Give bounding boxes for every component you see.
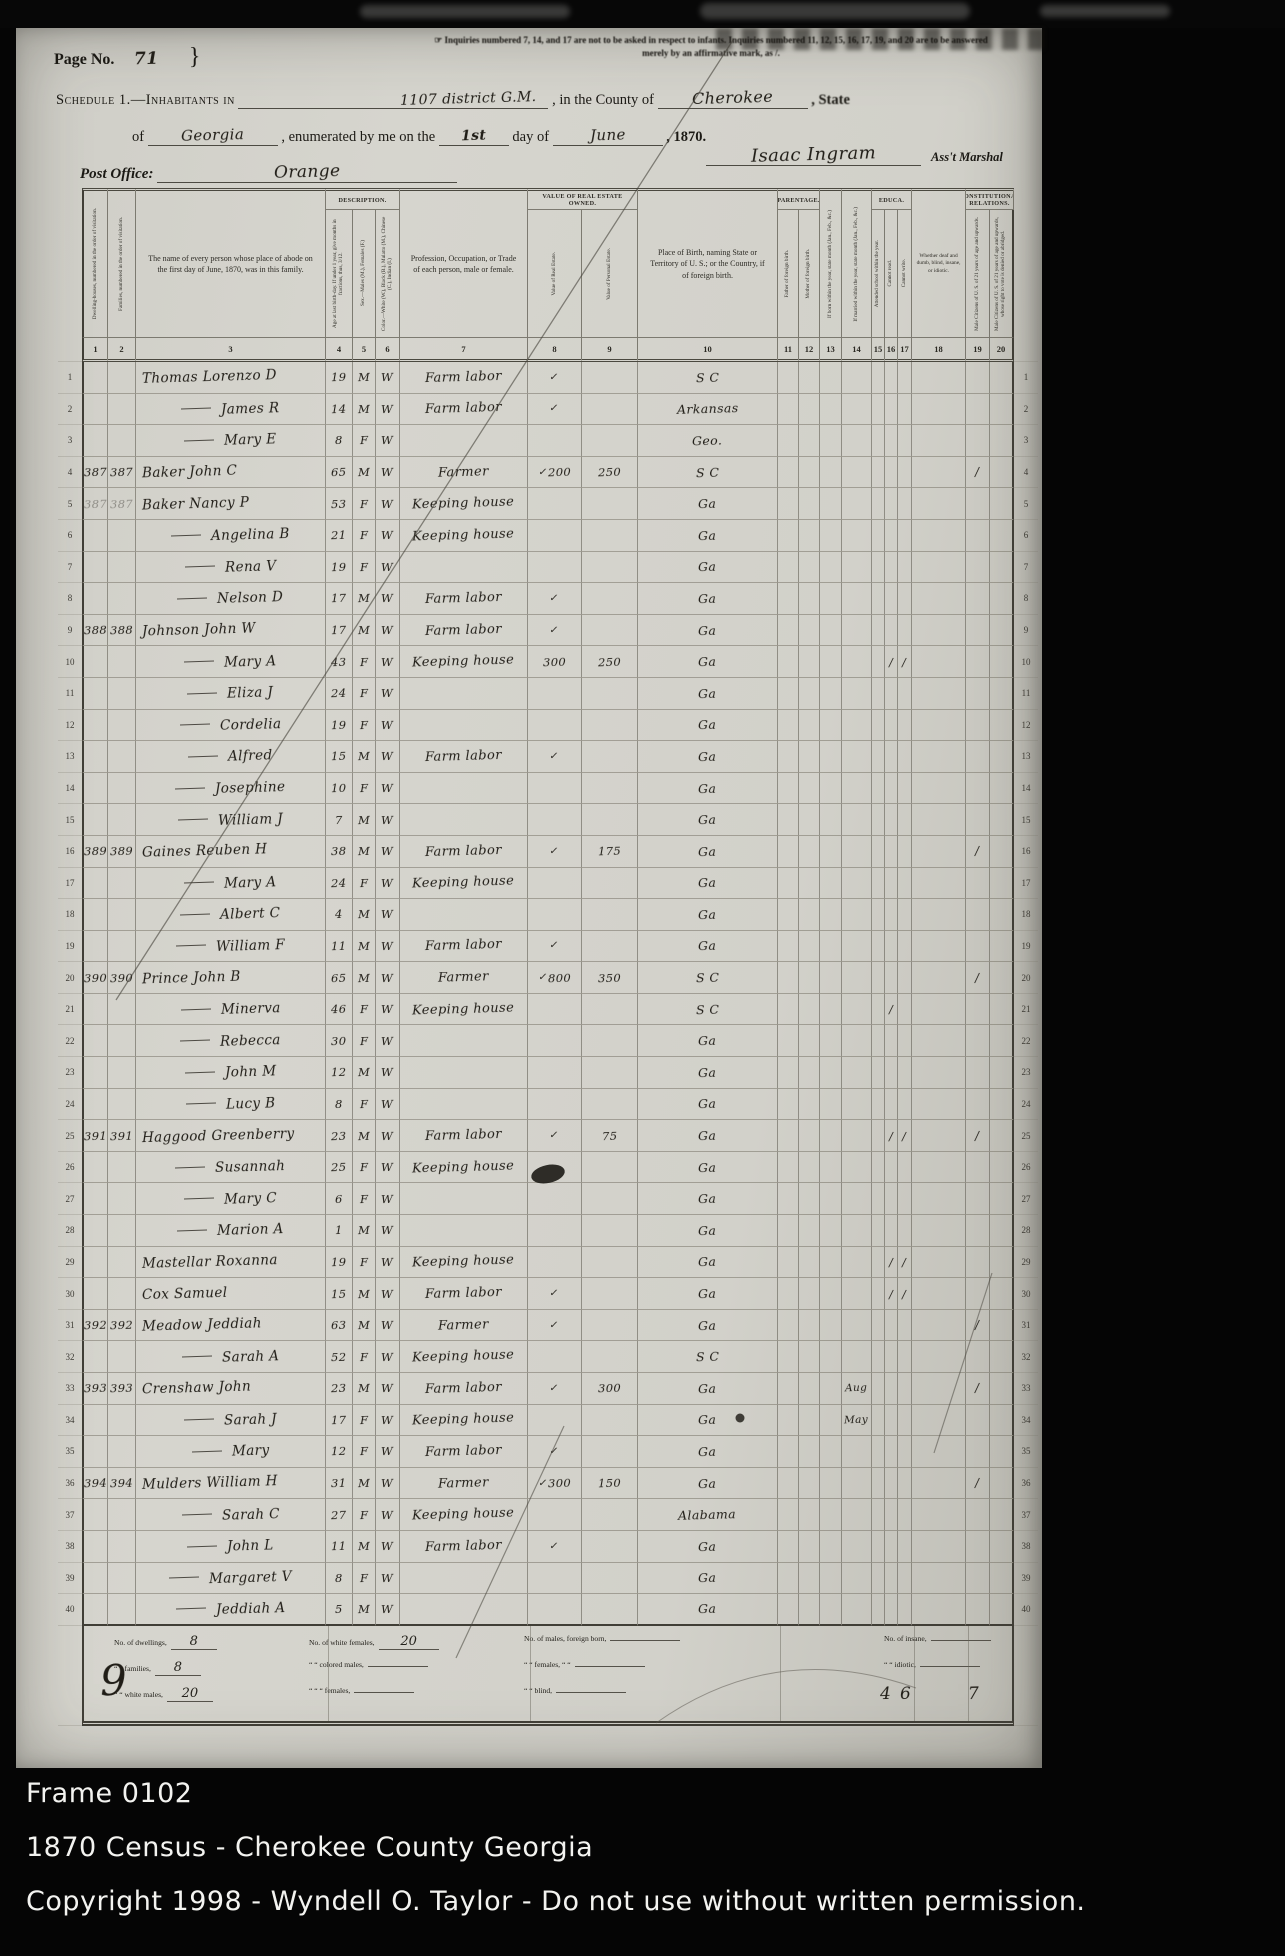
cell-male-citizen — [966, 1152, 990, 1184]
row-number-right: 22 — [1014, 1025, 1038, 1057]
row-number-left: 37 — [58, 1499, 82, 1531]
cell-cannot-read — [885, 899, 898, 931]
cell-father-foreign — [778, 931, 799, 963]
cell-name: Cordelia — [136, 710, 326, 742]
cell-vote-denied — [990, 1373, 1014, 1405]
cell-born-month — [820, 1089, 842, 1121]
cell-vote-denied — [990, 899, 1014, 931]
cell-birthplace: Ga — [638, 646, 778, 678]
cell-name: Albert C — [136, 899, 326, 931]
cell-married-month — [842, 678, 872, 710]
summary-item: “ “ females, “ “ — [524, 1660, 645, 1669]
cell-cannot-read — [885, 773, 898, 805]
cell-born-month — [820, 931, 842, 963]
cell-family-number — [108, 1499, 136, 1531]
cell-married-month — [842, 425, 872, 457]
cell-name: Baker John C — [136, 457, 326, 489]
cell-deaf-dumb — [912, 1531, 966, 1563]
cell-mother-foreign — [799, 1405, 820, 1437]
cell-real-estate-value: ✓ — [528, 1120, 582, 1152]
cell-male-citizen: / — [966, 1310, 990, 1342]
cell-family-number — [108, 552, 136, 584]
cell-mother-foreign — [799, 1215, 820, 1247]
cell-born-month — [820, 394, 842, 426]
cell-cannot-write — [898, 457, 912, 489]
cell-cannot-read — [885, 741, 898, 773]
cell-dwelling-number: 388 — [82, 615, 108, 647]
cell-real-estate-value: ✓ — [528, 1373, 582, 1405]
row-number-left: 2 — [58, 394, 82, 426]
cell-married-month — [842, 1563, 872, 1595]
cell-occupation — [400, 773, 528, 805]
cell-deaf-dumb — [912, 1025, 966, 1057]
cell-name: Thomas Lorenzo D — [136, 362, 326, 394]
cell-personal-estate-value: 250 — [582, 646, 638, 678]
cell-male-citizen — [966, 615, 990, 647]
cell-real-estate-value — [528, 804, 582, 836]
cell-male-citizen — [966, 1057, 990, 1089]
cell-deaf-dumb — [912, 583, 966, 615]
row-number-left: 7 — [58, 552, 82, 584]
cell-personal-estate-value — [582, 520, 638, 552]
row-number-right: 40 — [1014, 1594, 1038, 1626]
cell-cannot-read — [885, 1025, 898, 1057]
cell-vote-denied — [990, 1183, 1014, 1215]
page-number-line: Page No. 71 } — [54, 44, 200, 71]
cell-color: W — [376, 1594, 400, 1626]
cell-deaf-dumb — [912, 1594, 966, 1626]
row-number-right: 38 — [1014, 1531, 1038, 1563]
column-header-6: Color.—White (W.), Black (B.), Mulatto (… — [376, 210, 400, 338]
column-number: 14 — [842, 338, 872, 362]
cell-sex: M — [353, 362, 376, 394]
row-number-right: 17 — [1014, 868, 1038, 900]
cell-color: W — [376, 1089, 400, 1121]
cell-married-month — [842, 1341, 872, 1373]
cell-vote-denied — [990, 868, 1014, 900]
cell-male-citizen — [966, 1436, 990, 1468]
cell-mother-foreign — [799, 741, 820, 773]
cell-married-month — [842, 520, 872, 552]
cell-father-foreign — [778, 1278, 799, 1310]
cell-family-number — [108, 1341, 136, 1373]
column-header-7: Profession, Occupation, or Trade of each… — [400, 188, 528, 338]
printed-instructions: ☞ Inquiries numbered 7, 14, and 17 are n… — [396, 34, 1026, 60]
cell-occupation: Farm labor — [400, 583, 528, 615]
cell-real-estate-value — [528, 899, 582, 931]
marshal-title: Ass't Marshal — [931, 150, 1003, 164]
summary-item: No. of dwellings,8 — [114, 1634, 217, 1650]
cell-mother-foreign — [799, 1341, 820, 1373]
cell-occupation: Farm labor — [400, 741, 528, 773]
cell-dwelling-number — [82, 1594, 108, 1626]
cell-occupation: Farm labor — [400, 1436, 528, 1468]
cell-age: 30 — [326, 1025, 353, 1057]
cell-age: 4 — [326, 899, 353, 931]
summary-margin — [58, 1626, 82, 1726]
cell-deaf-dumb — [912, 931, 966, 963]
row-number-left: 27 — [58, 1183, 82, 1215]
cell-family-number — [108, 425, 136, 457]
cell-personal-estate-value — [582, 425, 638, 457]
row-number-left: 35 — [58, 1436, 82, 1468]
cell-name: Susannah — [136, 1152, 326, 1184]
cell-family-number: 387 — [108, 488, 136, 520]
cell-deaf-dumb — [912, 1436, 966, 1468]
column-header-14: If married within the year, state month … — [842, 188, 872, 338]
summary-item: No. of insane, — [884, 1634, 991, 1643]
cell-family-number: 391 — [108, 1120, 136, 1152]
cell-sex: M — [353, 931, 376, 963]
cell-occupation — [400, 1215, 528, 1247]
cell-color: W — [376, 488, 400, 520]
cell-birthplace: Ga — [638, 678, 778, 710]
cell-name: Meadow Jeddiah — [136, 1310, 326, 1342]
cell-married-month — [842, 1594, 872, 1626]
cell-dwelling-number — [82, 710, 108, 742]
cell-personal-estate-value — [582, 1057, 638, 1089]
cell-father-foreign — [778, 1468, 799, 1500]
cell-name: Gaines Reuben H — [136, 836, 326, 868]
cell-real-estate-value: ✓200 — [528, 457, 582, 489]
cell-married-month — [842, 615, 872, 647]
cell-attended-school — [872, 1531, 885, 1563]
cell-mother-foreign — [799, 646, 820, 678]
cell-age: 65 — [326, 962, 353, 994]
cell-personal-estate-value — [582, 741, 638, 773]
row-number-right: 10 — [1014, 646, 1038, 678]
cell-real-estate-value — [528, 710, 582, 742]
row-number-left: 14 — [58, 773, 82, 805]
cell-attended-school — [872, 552, 885, 584]
enumerated-label: , enumerated by me on the — [281, 129, 435, 145]
cell-age: 1 — [326, 1215, 353, 1247]
cell-mother-foreign — [799, 1025, 820, 1057]
cell-cannot-read — [885, 931, 898, 963]
cell-father-foreign — [778, 425, 799, 457]
summary-divider — [328, 1626, 329, 1721]
cell-attended-school — [872, 488, 885, 520]
cell-name: Nelson D — [136, 583, 326, 615]
row-number-left: 25 — [58, 1120, 82, 1152]
cell-family-number — [108, 362, 136, 394]
cell-family-number: 389 — [108, 836, 136, 868]
cell-cannot-write: / — [898, 646, 912, 678]
cell-cannot-read — [885, 1468, 898, 1500]
column-number: 8 — [528, 338, 582, 362]
cell-father-foreign — [778, 1563, 799, 1595]
cell-mother-foreign — [799, 1057, 820, 1089]
cell-father-foreign — [778, 488, 799, 520]
cell-cannot-read — [885, 1310, 898, 1342]
cell-name: Minerva — [136, 994, 326, 1026]
cell-dwelling-number — [82, 804, 108, 836]
column-number: 17 — [898, 338, 912, 362]
cell-married-month — [842, 488, 872, 520]
cell-cannot-read — [885, 394, 898, 426]
cell-birthplace: Ga — [638, 1531, 778, 1563]
cell-age: 24 — [326, 678, 353, 710]
cell-cannot-read — [885, 457, 898, 489]
row-number-right: 5 — [1014, 488, 1038, 520]
cell-occupation — [400, 1594, 528, 1626]
cell-father-foreign — [778, 741, 799, 773]
column-number: 19 — [966, 338, 990, 362]
cell-personal-estate-value — [582, 899, 638, 931]
cell-real-estate-value — [528, 1499, 582, 1531]
cell-personal-estate-value — [582, 552, 638, 584]
cell-male-citizen — [966, 1215, 990, 1247]
cell-age: 5 — [326, 1594, 353, 1626]
cell-vote-denied — [990, 520, 1014, 552]
row-number-left: 24 — [58, 1089, 82, 1121]
cell-personal-estate-value — [582, 804, 638, 836]
cell-vote-denied — [990, 836, 1014, 868]
cell-cannot-read — [885, 1152, 898, 1184]
cell-real-estate-value: ✓ — [528, 362, 582, 394]
cell-attended-school — [872, 1215, 885, 1247]
cell-mother-foreign — [799, 1183, 820, 1215]
cell-birthplace: Ga — [638, 488, 778, 520]
cell-birthplace: Geo. — [638, 425, 778, 457]
cell-attended-school — [872, 1373, 885, 1405]
cell-mother-foreign — [799, 1436, 820, 1468]
cell-birthplace: Ga — [638, 1278, 778, 1310]
cell-sex: F — [353, 1499, 376, 1531]
cell-vote-denied — [990, 1215, 1014, 1247]
cell-age: 11 — [326, 1531, 353, 1563]
cell-personal-estate-value: 300 — [582, 1373, 638, 1405]
cell-age: 65 — [326, 457, 353, 489]
column-header-16: Cannot read. — [885, 210, 898, 338]
row-number-left: 22 — [58, 1025, 82, 1057]
brace: } — [189, 44, 201, 70]
cell-color: W — [376, 1152, 400, 1184]
summary-value: 20 — [167, 1686, 213, 1702]
cell-real-estate-value — [528, 1215, 582, 1247]
cell-sex: M — [353, 899, 376, 931]
cell-real-estate-value — [528, 1341, 582, 1373]
summary-divider — [780, 1626, 781, 1721]
cell-deaf-dumb — [912, 1499, 966, 1531]
cell-mother-foreign — [799, 710, 820, 742]
row-number-left: 4 — [58, 457, 82, 489]
cell-personal-estate-value — [582, 1594, 638, 1626]
cell-occupation: Farm labor — [400, 1373, 528, 1405]
cell-family-number — [108, 1025, 136, 1057]
cell-male-citizen — [966, 1499, 990, 1531]
cell-cannot-write: / — [898, 1120, 912, 1152]
post-office-label: Post Office: — [80, 166, 153, 182]
cell-birthplace: Ga — [638, 899, 778, 931]
column-group-desc: DESCRIPTION. — [326, 188, 400, 210]
state-suffix: , State — [811, 92, 850, 108]
cell-name: Alfred — [136, 741, 326, 773]
cell-name: James R — [136, 394, 326, 426]
cell-vote-denied — [990, 1594, 1014, 1626]
cell-deaf-dumb — [912, 1247, 966, 1279]
column-header-8: Value of Real Estate. — [528, 210, 582, 338]
cell-real-estate-value — [528, 1594, 582, 1626]
cell-male-citizen — [966, 994, 990, 1026]
cell-occupation — [400, 1183, 528, 1215]
cell-occupation: Farm labor — [400, 1278, 528, 1310]
cell-sex: M — [353, 1468, 376, 1500]
cell-real-estate-value — [528, 1563, 582, 1595]
cell-deaf-dumb — [912, 646, 966, 678]
cell-father-foreign — [778, 1152, 799, 1184]
cell-real-estate-value: ✓ — [528, 836, 582, 868]
cell-cannot-write — [898, 488, 912, 520]
cell-cannot-read — [885, 1531, 898, 1563]
cell-cannot-read — [885, 362, 898, 394]
cell-mother-foreign — [799, 1499, 820, 1531]
row-number-right: 34 — [1014, 1405, 1038, 1437]
cell-mother-foreign — [799, 836, 820, 868]
cell-occupation: Keeping house — [400, 1341, 528, 1373]
cell-sex: M — [353, 1120, 376, 1152]
cell-birthplace: Ga — [638, 1120, 778, 1152]
cell-occupation: Farm labor — [400, 1531, 528, 1563]
cell-born-month — [820, 425, 842, 457]
summary-item: “ “ colored males, — [309, 1660, 428, 1669]
cell-personal-estate-value: 150 — [582, 1468, 638, 1500]
cell-father-foreign — [778, 1057, 799, 1089]
cell-dwelling-number — [82, 899, 108, 931]
cell-age: 25 — [326, 1152, 353, 1184]
cell-sex: F — [353, 488, 376, 520]
cell-cannot-read: / — [885, 1120, 898, 1152]
cell-born-month — [820, 1405, 842, 1437]
cell-cannot-write — [898, 1057, 912, 1089]
cell-color: W — [376, 1341, 400, 1373]
cell-male-citizen: / — [966, 1120, 990, 1152]
cell-color: W — [376, 804, 400, 836]
cell-attended-school — [872, 425, 885, 457]
cell-attended-school — [872, 962, 885, 994]
cell-birthplace: Ga — [638, 1563, 778, 1595]
cell-cannot-write — [898, 678, 912, 710]
cell-born-month — [820, 994, 842, 1026]
cell-real-estate-value — [528, 1247, 582, 1279]
cell-color: W — [376, 1310, 400, 1342]
cell-dwelling-number — [82, 425, 108, 457]
cell-birthplace: Ga — [638, 1215, 778, 1247]
cell-mother-foreign — [799, 425, 820, 457]
cell-attended-school — [872, 457, 885, 489]
cell-occupation: Keeping house — [400, 994, 528, 1026]
column-header-20: Male Citizens of U. S. of 21 years of ag… — [990, 210, 1014, 338]
cell-personal-estate-value — [582, 678, 638, 710]
cell-mother-foreign — [799, 868, 820, 900]
state-value: Georgia — [181, 125, 245, 145]
cell-color: W — [376, 394, 400, 426]
cell-color: W — [376, 457, 400, 489]
cell-attended-school — [872, 1468, 885, 1500]
cell-occupation: Keeping house — [400, 488, 528, 520]
column-group-par: PARENTAGE. — [778, 188, 820, 210]
cell-real-estate-value — [528, 425, 582, 457]
cell-married-month — [842, 1152, 872, 1184]
cell-deaf-dumb — [912, 1120, 966, 1152]
cell-age: 10 — [326, 773, 353, 805]
cell-married-month — [842, 1120, 872, 1152]
cell-personal-estate-value — [582, 1025, 638, 1057]
column-group-cr: CONSTITUTIONAL RELATIONS. — [966, 188, 1014, 210]
cell-male-citizen: / — [966, 836, 990, 868]
cell-personal-estate-value — [582, 1278, 638, 1310]
summary-block: No. of dwellings,8No. of white females,2… — [82, 1626, 1014, 1726]
cell-vote-denied — [990, 394, 1014, 426]
day-of-label: day of — [512, 129, 549, 145]
cell-attended-school — [872, 394, 885, 426]
cell-name: Mulders William H — [136, 1468, 326, 1500]
cell-mother-foreign — [799, 1594, 820, 1626]
cell-vote-denied — [990, 931, 1014, 963]
cell-age: 6 — [326, 1183, 353, 1215]
cell-cannot-write — [898, 899, 912, 931]
cell-cannot-read — [885, 836, 898, 868]
cell-cannot-read — [885, 520, 898, 552]
cell-real-estate-value: ✓ — [528, 1436, 582, 1468]
cell-married-month — [842, 868, 872, 900]
cell-father-foreign — [778, 710, 799, 742]
cell-dwelling-number: 393 — [82, 1373, 108, 1405]
cell-name: Mary C — [136, 1183, 326, 1215]
cell-born-month — [820, 1563, 842, 1595]
cell-age: 38 — [326, 836, 353, 868]
cell-born-month — [820, 678, 842, 710]
cell-family-number — [108, 1089, 136, 1121]
cell-color: W — [376, 1120, 400, 1152]
summary-value — [920, 1666, 980, 1667]
cell-color: W — [376, 1025, 400, 1057]
cell-real-estate-value: ✓ — [528, 1310, 582, 1342]
cell-real-estate-value — [528, 1025, 582, 1057]
cell-family-number — [108, 1531, 136, 1563]
cell-sex: F — [353, 1152, 376, 1184]
cell-male-citizen — [966, 362, 990, 394]
row-number-right: 28 — [1014, 1215, 1038, 1247]
cell-age: 63 — [326, 1310, 353, 1342]
cell-attended-school — [872, 615, 885, 647]
cell-male-citizen — [966, 1405, 990, 1437]
cell-married-month — [842, 552, 872, 584]
row-number-left: 29 — [58, 1247, 82, 1279]
cell-male-citizen — [966, 1089, 990, 1121]
cell-name: Eliza J — [136, 678, 326, 710]
column-number: 6 — [376, 338, 400, 362]
cell-deaf-dumb — [912, 899, 966, 931]
cell-attended-school — [872, 1594, 885, 1626]
cell-vote-denied — [990, 1247, 1014, 1279]
cell-born-month — [820, 773, 842, 805]
cell-married-month — [842, 1468, 872, 1500]
cell-vote-denied — [990, 646, 1014, 678]
cell-dwelling-number — [82, 1089, 108, 1121]
cell-personal-estate-value — [582, 1089, 638, 1121]
cell-married-month: Aug — [842, 1373, 872, 1405]
top-edge-smudge — [1040, 5, 1170, 17]
cell-real-estate-value — [528, 1183, 582, 1215]
cell-personal-estate-value — [582, 1499, 638, 1531]
cell-father-foreign — [778, 1183, 799, 1215]
cell-cannot-read — [885, 1499, 898, 1531]
page-no-value: 71 — [134, 49, 159, 70]
cell-dwelling-number — [82, 1215, 108, 1247]
cell-attended-school — [872, 836, 885, 868]
row-number-right: 1 — [1014, 362, 1038, 394]
